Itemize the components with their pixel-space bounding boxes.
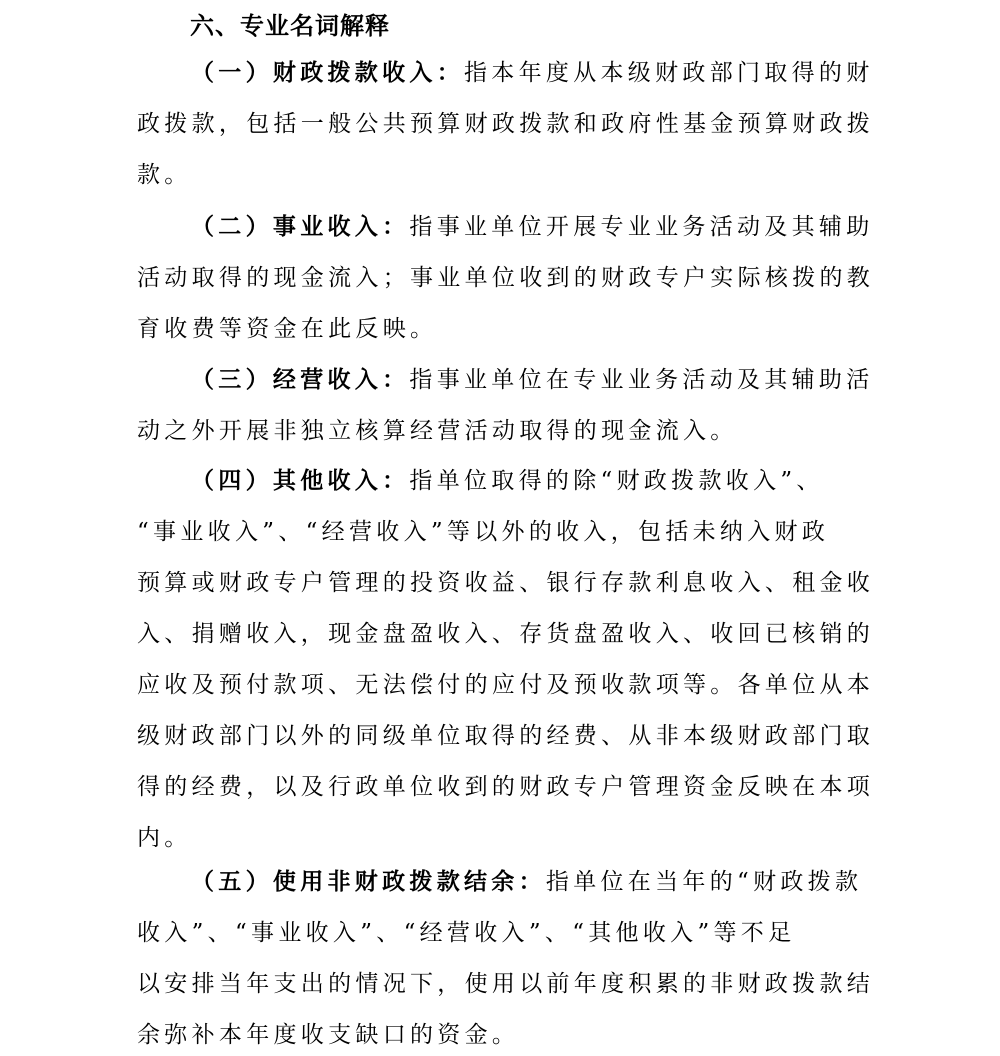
definition-item-4: （四）其他收入：指单位取得的除“财政拨款收入”、 “事业收入”、“经营收入”等以… xyxy=(137,456,877,864)
term-label: （四）其他收入： xyxy=(191,468,409,494)
definition-text: 指单位取得的除“财政拨款收入”、 xyxy=(409,468,823,494)
definition-text: 指事业单位开展专业业务活动及其辅助 xyxy=(409,214,873,240)
paragraph-line: 得的经费，以及行政单位收到的财政专户管理资金反映在本项 xyxy=(137,762,877,813)
term-label: （一）财政拨款收入： xyxy=(191,60,464,86)
paragraph-line: 级财政部门以外的同级单位取得的经费、从非本级财政部门取 xyxy=(137,711,877,762)
paragraph-line: （五）使用非财政拨款结余：指单位在当年的“财政拨款 xyxy=(137,857,877,908)
paragraph-line: 余弥补本年度收支缺口的资金。 xyxy=(137,1010,877,1056)
paragraph-line: （三）经营收入：指事业单位在专业业务活动及其辅助活 xyxy=(137,355,877,406)
paragraph-line: 活动取得的现金流入；事业单位收到的财政专户实际核拨的教 xyxy=(137,253,877,304)
term-label: （三）经营收入： xyxy=(191,367,409,393)
definition-item-2: （二）事业收入：指事业单位开展专业业务活动及其辅助 活动取得的现金流入；事业单位… xyxy=(137,202,877,355)
section-heading: 六、专业名词解释 xyxy=(190,8,390,44)
paragraph-line: 以安排当年支出的情况下，使用以前年度积累的非财政拨款结 xyxy=(137,959,877,1010)
paragraph-line: “事业收入”、“经营收入”等以外的收入，包括未纳入财政 xyxy=(137,507,877,558)
term-label: （五）使用非财政拨款结余： xyxy=(191,869,546,895)
definition-item-1: （一）财政拨款收入：指本年度从本级财政部门取得的财 政拨款，包括一般公共预算财政… xyxy=(137,48,877,201)
term-label: （二）事业收入： xyxy=(191,214,409,240)
paragraph-line: 育收费等资金在此反映。 xyxy=(137,304,877,355)
definition-text: 指本年度从本级财政部门取得的财 xyxy=(464,60,874,86)
paragraph-line: 应收及预付款项、无法偿付的应付及预收款项等。各单位从本 xyxy=(137,660,877,711)
paragraph-line: 入、捐赠收入，现金盘盈收入、存货盘盈收入、收回已核销的 xyxy=(137,609,877,660)
definition-text: 指事业单位在专业业务活动及其辅助活 xyxy=(409,367,873,393)
definition-item-3: （三）经营收入：指事业单位在专业业务活动及其辅助活 动之外开展非独立核算经营活动… xyxy=(137,355,877,457)
paragraph-line: 预算或财政专户管理的投资收益、银行存款利息收入、租金收 xyxy=(137,558,877,609)
paragraph-line: （一）财政拨款收入：指本年度从本级财政部门取得的财 xyxy=(137,48,877,99)
definition-text: 指单位在当年的“财政拨款 xyxy=(546,869,862,895)
paragraph-line: 动之外开展非独立核算经营活动取得的现金流入。 xyxy=(137,406,877,457)
paragraph-line: 款。 xyxy=(137,150,877,201)
definition-item-5: （五）使用非财政拨款结余：指单位在当年的“财政拨款 收入”、“事业收入”、“经营… xyxy=(137,857,877,1056)
paragraph-line: （四）其他收入：指单位取得的除“财政拨款收入”、 xyxy=(137,456,877,507)
paragraph-line: 收入”、“事业收入”、“经营收入”、“其他收入”等不足 xyxy=(137,908,877,959)
paragraph-line: （二）事业收入：指事业单位开展专业业务活动及其辅助 xyxy=(137,202,877,253)
paragraph-line: 政拨款，包括一般公共预算财政拨款和政府性基金预算财政拨 xyxy=(137,99,877,150)
